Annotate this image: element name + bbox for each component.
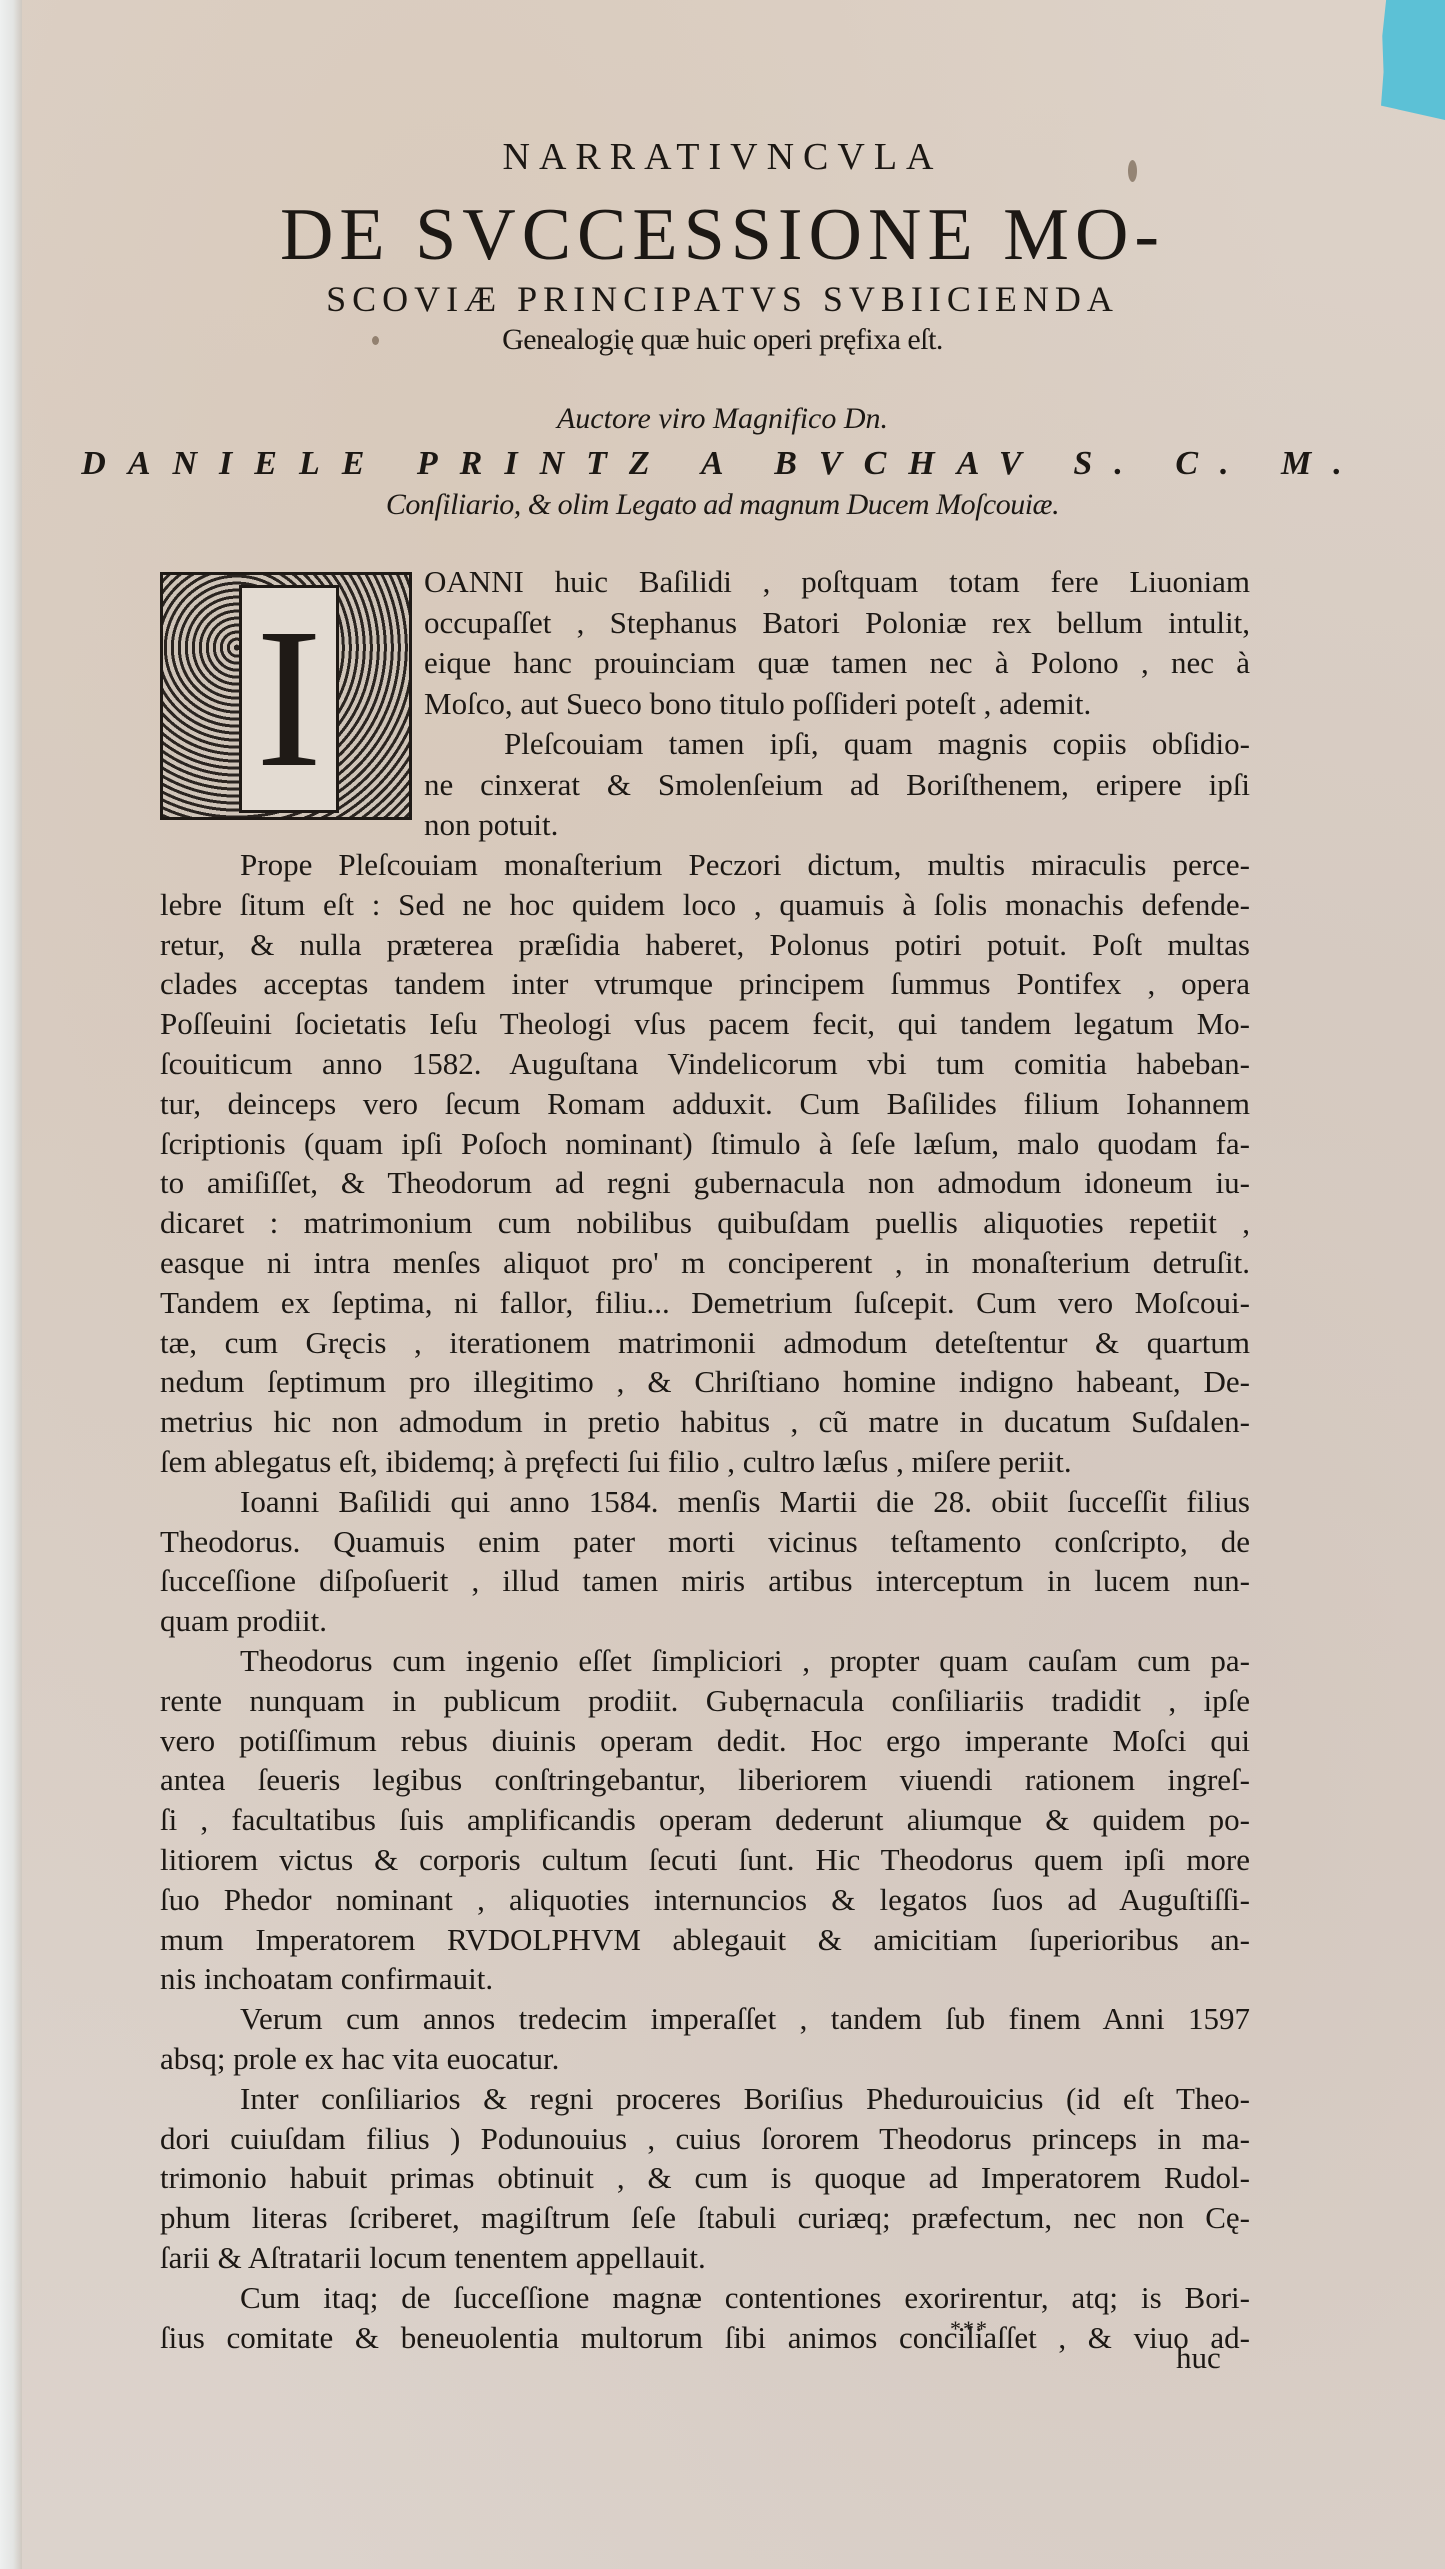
text-line: clades acceptas tandem inter vtrumque pr…: [160, 964, 1250, 1004]
text-line: to amiſiſſet, & Theodorum ad regni guber…: [160, 1163, 1250, 1203]
text-line: metrius hic non admodum in pretio habitu…: [160, 1402, 1250, 1442]
blue-bookmark-tab: [1381, 0, 1445, 120]
text-line: mum Imperatorem RVDOLPHVM ablegauit & am…: [160, 1920, 1250, 1960]
text-line: antea ſeueris legibus conſtringebantur, …: [160, 1760, 1250, 1800]
text-line: ſuo Phedor nominant , aliquoties internu…: [160, 1880, 1250, 1920]
text-line: quam prodiit.: [160, 1601, 1250, 1641]
text-line: trimonio habuit primas obtinuit , & cum …: [160, 2158, 1250, 2198]
drop-cap-letter: I: [239, 585, 339, 813]
author-intro: Auctore viro Magnifico Dn.: [0, 402, 1445, 436]
text-line: Prope Pleſcouiam monaſterium Peczori dic…: [240, 845, 1250, 885]
text-line: non potuit.: [424, 805, 1250, 845]
text-line: ne cinxerat & Smolenſeium ad Boriſthenem…: [424, 765, 1250, 805]
text-line: phum literas ſcriberet, magiſtrum ſeſe ſ…: [160, 2198, 1250, 2238]
text-line: Poſſeuini ſocietatis Ieſu Theologi vſus …: [160, 1004, 1250, 1044]
text-line: easque ni intra menſes aliquot pro' m co…: [160, 1243, 1250, 1283]
text-line: ſius comitate & beneuolentia multorum ſi…: [160, 2318, 1250, 2358]
text-line: ſcouiticum anno 1582. Auguſtana Vindelic…: [160, 1044, 1250, 1084]
text-line: eique hanc prouinciam quæ tamen nec à Po…: [424, 643, 1250, 683]
text-line: ſcriptionis (quam ipſi Poſoch nominant) …: [160, 1124, 1250, 1164]
text-line: Theodorus. Quamuis enim pater morti vici…: [160, 1522, 1250, 1562]
text-line: nis inchoatam confirmauit.: [160, 1959, 1250, 1999]
text-line: Pleſcouiam tamen ipſi, quam magnis copii…: [504, 724, 1250, 764]
text-line: ſucceſſione diſpoſuerit , illud tamen mi…: [160, 1561, 1250, 1601]
author-name: DANIELE PRINTZ A BVCHAV S. C. M.: [0, 445, 1445, 483]
text-line: Theodorus cum ingenio eſſet ſimpliciori …: [240, 1641, 1250, 1681]
text-line: Tandem ex ſeptima, ni fallor, filiu... D…: [160, 1283, 1250, 1323]
decorated-drop-cap: I: [160, 572, 412, 820]
text-line: Inter conſiliarios & regni proceres Bori…: [240, 2079, 1250, 2119]
text-line: ſem ablegatus eſt, ibidemq; à pręfecti ſ…: [160, 1442, 1250, 1482]
text-line: absq; prole ex hac vita euocatur.: [160, 2039, 1250, 2079]
author-title: Conſiliario, & olim Legato ad magnum Duc…: [0, 488, 1445, 522]
text-line: Cum itaq; de ſucceſſione magnæ contentio…: [240, 2278, 1250, 2318]
text-line: tur, deinceps vero ſecum Romam adduxit. …: [160, 1084, 1250, 1124]
text-line: lebre ſitum eſt : Sed ne hoc quidem loco…: [160, 885, 1250, 925]
catchword: huc: [1176, 2340, 1221, 2376]
text-line: vero potiſſimum rebus diuinis operam ded…: [160, 1721, 1250, 1761]
text-line: OANNI huic Baſilidi , poſtquam totam fer…: [424, 562, 1250, 602]
text-line: ſarii & Aſtratarii locum tenentem appell…: [160, 2238, 1250, 2278]
title-line-3: SCOVIÆ PRINCIPATVS SVBIICIENDA: [0, 278, 1445, 320]
text-line: litiorem victus & corporis cultum ſecuti…: [160, 1840, 1250, 1880]
text-line: Verum cum annos tredecim imperaſſet , ta…: [240, 1999, 1250, 2039]
text-line: tæ, cum Gręcis , iterationem matrimonii …: [160, 1323, 1250, 1363]
text-line: dicaret : matrimonium cum nobilibus quib…: [160, 1203, 1250, 1243]
text-line: nedum ſeptimum pro illegitimo , & Chriſt…: [160, 1362, 1250, 1402]
text-line: occupaſſet , Stephanus Batori Poloniæ re…: [424, 603, 1250, 643]
page-left-edge: [0, 0, 22, 2569]
text-line: retur, & nulla præterea præſidia haberet…: [160, 925, 1250, 965]
title-line-1: NARRATIVNCVLA: [0, 135, 1445, 179]
signature-mark: ***: [950, 2316, 989, 2342]
text-line: rente nunquam in publicum prodiit. Gubęr…: [160, 1681, 1250, 1721]
text-line: Moſco, aut Sueco bono titulo poſſideri p…: [424, 684, 1250, 724]
text-line: dori cuiuſdam filius ) Podunouius , cuiu…: [160, 2119, 1250, 2159]
title-line-4: Genealogię quæ huic operi pręfixa eſt.: [0, 323, 1445, 357]
text-line: Ioanni Baſilidi qui anno 1584. menſis Ma…: [240, 1482, 1250, 1522]
text-line: ſi , facultatibus ſuis amplificandis ope…: [160, 1800, 1250, 1840]
title-line-2: DE SVCCESSIONE MO-: [0, 198, 1445, 272]
